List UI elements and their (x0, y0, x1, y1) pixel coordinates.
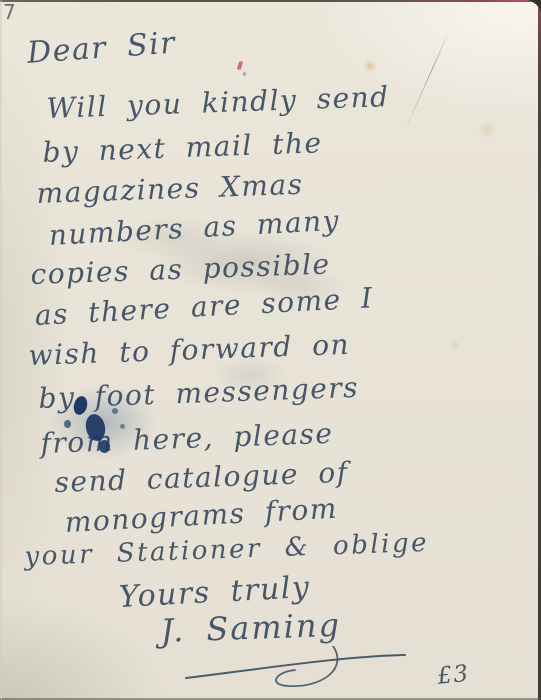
signature-flourish (183, 646, 413, 698)
letter-line: wish to forward on (28, 328, 351, 372)
ink-blot (64, 420, 71, 428)
letter-line: copies as possible (30, 248, 331, 291)
letter-line: Will you kindly send (46, 80, 390, 125)
red-ink-speck (237, 61, 244, 71)
ink-blot (99, 440, 110, 453)
letter-line: by next mail the (42, 126, 323, 169)
red-ink-speck-small (243, 72, 246, 76)
letter-card: 7 Dear Sir Will you kindly send by next … (0, 0, 541, 700)
ink-blot (112, 408, 118, 414)
signature: J. Saming (160, 606, 342, 650)
card-left-edge (0, 0, 2, 700)
card-top-edge (0, 0, 541, 2)
ink-blot (120, 424, 125, 429)
paper-crease (407, 29, 451, 125)
letter-line: numbers as many (48, 204, 341, 252)
letter-line: magazines Xmas (36, 168, 304, 210)
price-annotation: £3 (436, 661, 471, 690)
salutation: Dear Sir (26, 26, 177, 71)
corner-pencil-annotation: 7 (3, 0, 16, 24)
scanned-letter-page: 7 Dear Sir Will you kindly send by next … (0, 0, 541, 700)
